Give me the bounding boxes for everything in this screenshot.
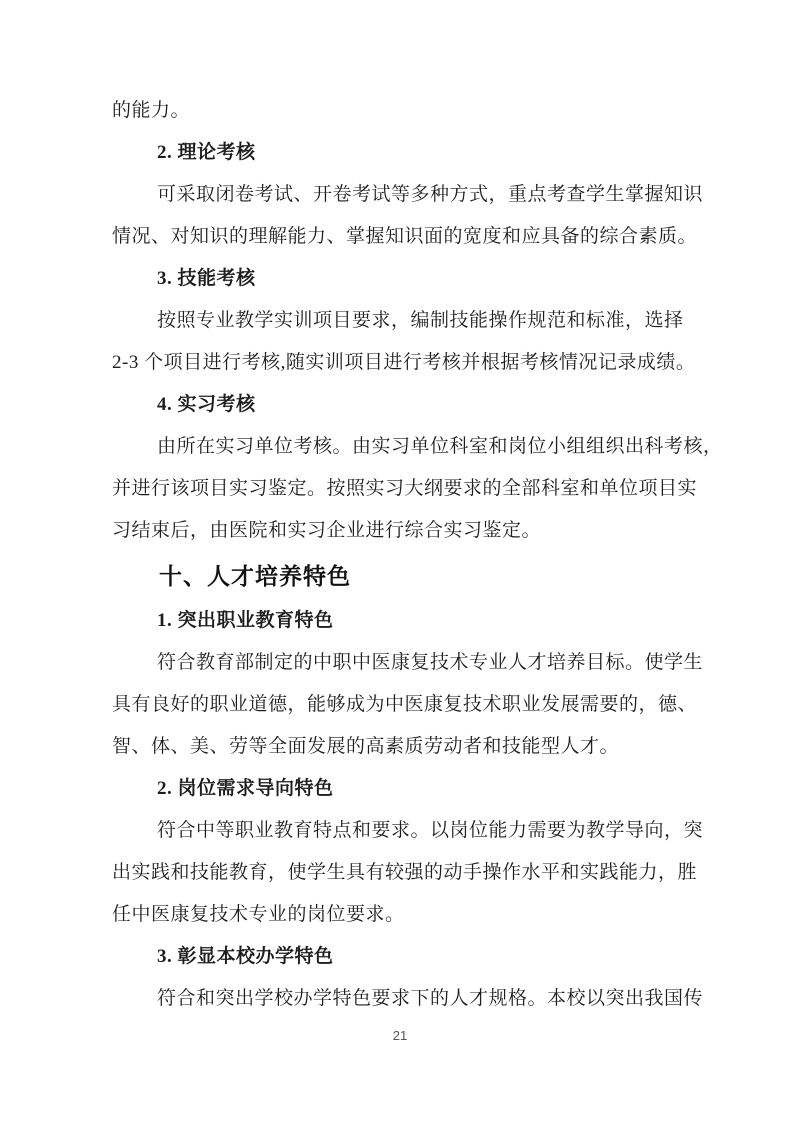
body-text-line: 2-3 个项目进行考核,随实训项目进行考核并根据考核情况记录成绩。 <box>112 342 694 384</box>
body-text-line: 可采取闭卷考试、开卷考试等多种方式，重点考查学生掌握知识 <box>112 174 694 216</box>
page-number: 21 <box>0 1028 800 1043</box>
body-text-line: 符合教育部制定的中职中医康复技术专业人才培养目标。使学生 <box>112 642 694 684</box>
section-heading-talent-cultivation-features: 十、人才培养特色 <box>112 552 694 600</box>
document-text-block: 的能力。 2. 理论考核 可采取闭卷考试、开卷考试等多种方式，重点考查学生掌握知… <box>112 90 694 1020</box>
subheading-post-demand-feature: 2. 岗位需求导向特色 <box>112 768 694 810</box>
body-text-line: 习结束后，由医院和实习企业进行综合实习鉴定。 <box>112 510 694 552</box>
subheading-school-feature: 3. 彰显本校办学特色 <box>112 936 694 978</box>
subheading-skill-assessment: 3. 技能考核 <box>112 258 694 300</box>
body-text-line: 符合和突出学校办学特色要求下的人才规格。本校以突出我国传 <box>112 978 694 1020</box>
body-text-line: 任中医康复技术专业的岗位要求。 <box>112 894 694 936</box>
body-text-line: 由所在实习单位考核。由实习单位科室和岗位小组组织出科考核， <box>112 426 694 468</box>
body-text-line: 符合中等职业教育特点和要求。以岗位能力需要为教学导向，突 <box>112 810 694 852</box>
body-text-line: 智、体、美、劳等全面发展的高素质劳动者和技能型人才。 <box>112 726 694 768</box>
body-text-line: 并进行该项目实习鉴定。按照实习大纲要求的全部科室和单位项目实 <box>112 468 694 510</box>
body-text-line: 情况、对知识的理解能力、掌握知识面的宽度和应具备的综合素质。 <box>112 216 694 258</box>
body-text-line: 出实践和技能教育，使学生具有较强的动手操作水平和实践能力，胜 <box>112 852 694 894</box>
document-page: 的能力。 2. 理论考核 可采取闭卷考试、开卷考试等多种方式，重点考查学生掌握知… <box>0 0 800 1131</box>
body-text-line: 按照专业教学实训项目要求，编制技能操作规范和标准，选择 <box>112 300 694 342</box>
subheading-theory-assessment: 2. 理论考核 <box>112 132 694 174</box>
body-text-line: 具有良好的职业道德，能够成为中医康复技术职业发展需要的，德、 <box>112 684 694 726</box>
subheading-internship-assessment: 4. 实习考核 <box>112 384 694 426</box>
body-text-line: 的能力。 <box>112 90 694 132</box>
subheading-vocational-education-feature: 1. 突出职业教育特色 <box>112 600 694 642</box>
